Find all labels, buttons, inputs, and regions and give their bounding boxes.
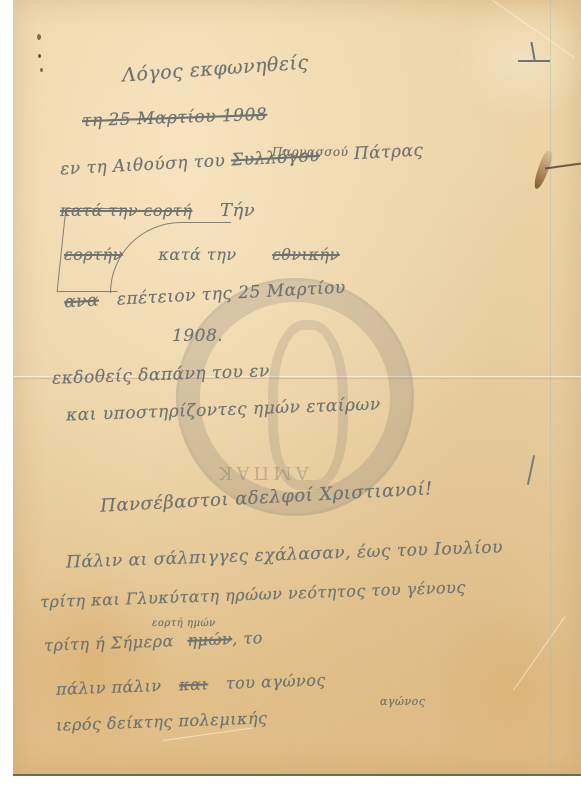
line-5-text: κατά την: [158, 245, 236, 264]
paragraph-line-4-text: πάλιν πάλιν: [56, 676, 162, 699]
binding-hole: [37, 34, 41, 40]
paragraph-line-3-end: , το: [232, 628, 263, 648]
insertion-above: εορτή ημών: [152, 618, 216, 629]
vertical-fold: [550, 0, 551, 774]
line-5: εορτήν κατά την εθνικήν: [64, 245, 340, 264]
insertion-above: Παρνασσού: [272, 145, 348, 159]
binding-hole: [40, 68, 43, 72]
page-number: 1: [518, 42, 550, 62]
struck-word: και: [179, 674, 209, 694]
insertion-below: αγώνος: [380, 695, 425, 708]
stamp-text: ΑΜΠΑΚ: [215, 462, 309, 483]
binding-hole: [38, 54, 41, 58]
year-line: 1908.: [172, 326, 223, 346]
struck-word: εθνικήν: [272, 245, 340, 264]
struck-word: ημών: [187, 629, 232, 650]
struck-word: ανα: [64, 291, 100, 313]
location-end: Πάτρας: [353, 140, 424, 164]
line-4-text: Τήν: [220, 200, 255, 221]
age-stain: [433, 600, 581, 780]
struck-word: εορτήν: [64, 245, 123, 264]
paragraph-line-4-end: του αγώνος: [225, 670, 326, 692]
